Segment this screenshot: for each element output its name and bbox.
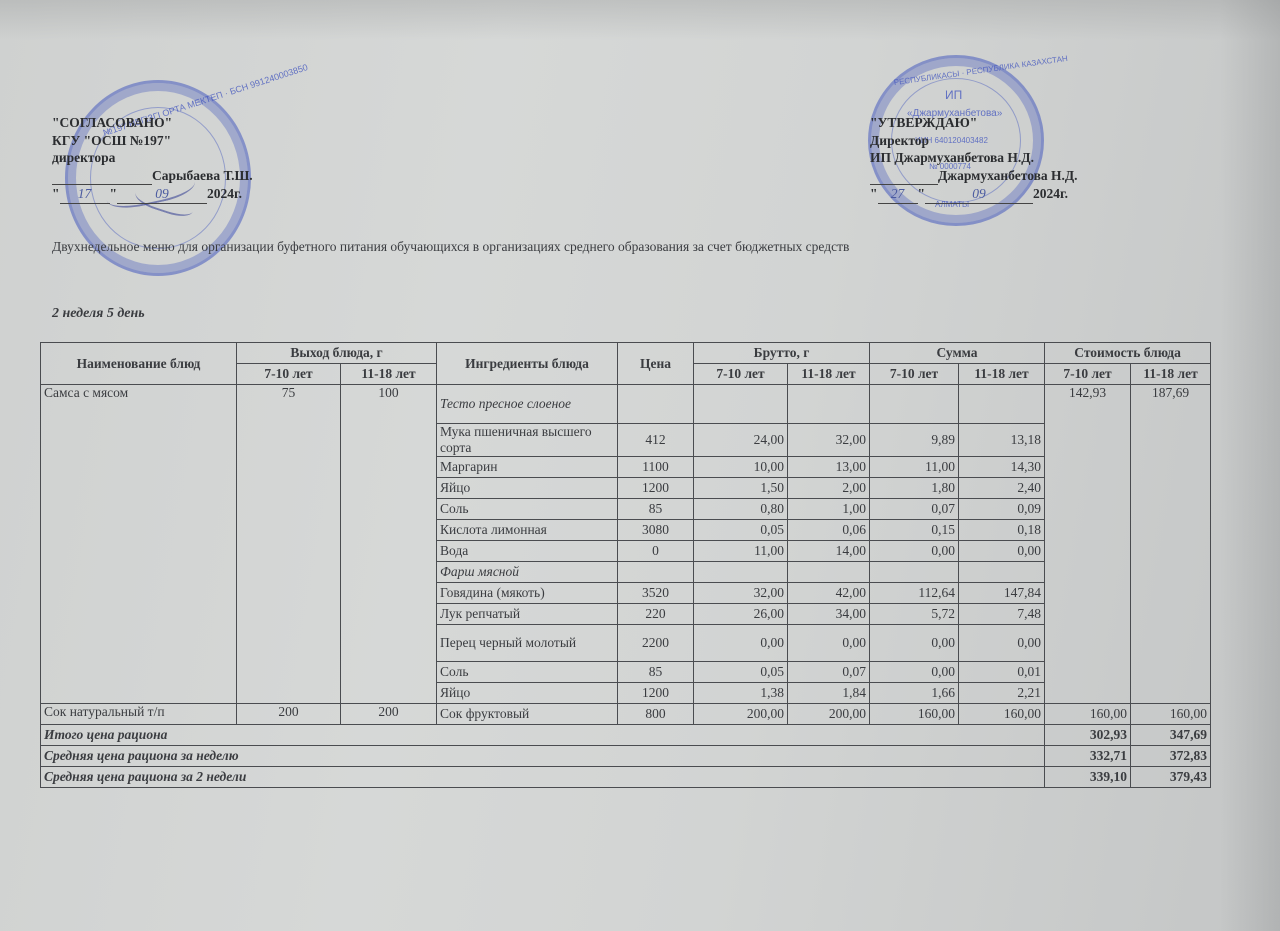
ingredient-price: 3080 xyxy=(618,520,694,541)
ingredient-name: Фарш мясной xyxy=(437,562,618,583)
ingredient-sum-old: 0,09 xyxy=(959,499,1045,520)
totals-label: Итого цена рациона xyxy=(41,725,1045,746)
approval-role: Директор xyxy=(870,132,1210,150)
header-dish-name: Наименование блюд xyxy=(41,343,237,385)
header-yield-old: 11-18 лет xyxy=(341,364,437,385)
ingredient-gross-old: 1,00 xyxy=(788,499,870,520)
ingredient-price: 1200 xyxy=(618,478,694,499)
ingredient-price: 1100 xyxy=(618,457,694,478)
totals-old: 379,43 xyxy=(1131,767,1211,788)
header-sum: Сумма xyxy=(870,343,1045,364)
approval-signer-line: Сарыбаева Т.Ш. xyxy=(52,167,382,186)
menu-table: Наименование блюд Выход блюда, г Ингреди… xyxy=(40,342,1211,788)
dish-name: Сок натуральный т/п xyxy=(41,704,237,725)
ingredient-sum-young: 0,00 xyxy=(870,625,959,662)
ingredient-name: Лук репчатый xyxy=(437,604,618,625)
approval-organization: ИП Джармуханбетова Н.Д. xyxy=(870,149,1210,167)
ingredient-sum-old: 7,48 xyxy=(959,604,1045,625)
table-row: Самса с мясом75100Тесто пресное слоеное1… xyxy=(41,385,1211,424)
approval-role: директора xyxy=(52,149,382,167)
ingredient-gross-old: 14,00 xyxy=(788,541,870,562)
ingredient-gross-young: 32,00 xyxy=(694,583,788,604)
ingredient-gross-young: 11,00 xyxy=(694,541,788,562)
ingredient-gross-old xyxy=(788,385,870,424)
ingredient-sum-old: 147,84 xyxy=(959,583,1045,604)
ingredient-gross-old: 34,00 xyxy=(788,604,870,625)
ingredient-gross-young: 0,00 xyxy=(694,625,788,662)
header-gross-young: 7-10 лет xyxy=(694,364,788,385)
date-quote: " xyxy=(52,186,60,201)
header-sum-young: 7-10 лет xyxy=(870,364,959,385)
totals-label: Средняя цена рациона за неделю xyxy=(41,746,1045,767)
approval-signer: Сарыбаева Т.Ш. xyxy=(152,168,253,183)
ingredient-name: Кислота лимонная xyxy=(437,520,618,541)
totals-row: Средняя цена рациона за 2 недели339,1037… xyxy=(41,767,1211,788)
ingredient-gross-old: 0,00 xyxy=(788,625,870,662)
ingredient-sum-old: 0,00 xyxy=(959,541,1045,562)
ingredient-price: 3520 xyxy=(618,583,694,604)
ingredient-price: 85 xyxy=(618,662,694,683)
approval-date: "27"092024г. xyxy=(870,185,1210,204)
approval-organization: КГУ "ОСШ №197" xyxy=(52,132,382,150)
page-shadow-right xyxy=(1220,0,1280,931)
date-quote: " xyxy=(918,186,926,201)
dish-yield-old: 100 xyxy=(341,385,437,704)
seal-text-ip: ИП xyxy=(945,88,962,102)
signature-blank xyxy=(52,167,152,186)
totals-old: 347,69 xyxy=(1131,725,1211,746)
dish-cost-old: 187,69 xyxy=(1131,385,1211,704)
ingredient-sum-young: 0,00 xyxy=(870,662,959,683)
header-cost-old: 11-18 лет xyxy=(1131,364,1211,385)
table-row: Сок натуральный т/п200200Сок фруктовый80… xyxy=(41,704,1211,725)
ingredient-name: Яйцо xyxy=(437,478,618,499)
totals-row: Средняя цена рациона за неделю332,71372,… xyxy=(41,746,1211,767)
approval-heading: "СОГЛАСОВАНО" xyxy=(52,114,382,132)
ingredient-sum-young: 9,89 xyxy=(870,424,959,457)
ingredient-gross-young: 24,00 xyxy=(694,424,788,457)
ingredient-gross-old: 200,00 xyxy=(788,704,870,725)
totals-label: Средняя цена рациона за 2 недели xyxy=(41,767,1045,788)
approval-signer: Джармуханбетова Н.Д. xyxy=(938,168,1078,183)
ingredient-name: Яйцо xyxy=(437,683,618,704)
ingredient-gross-old: 32,00 xyxy=(788,424,870,457)
date-quote: " xyxy=(870,186,878,201)
date-year: 2024г. xyxy=(1033,186,1068,201)
ingredient-gross-old: 42,00 xyxy=(788,583,870,604)
ingredient-gross-young xyxy=(694,562,788,583)
header-gross: Брутто, г xyxy=(694,343,870,364)
dish-yield-young: 75 xyxy=(237,385,341,704)
signature-blank xyxy=(870,167,938,186)
ingredient-sum-young: 0,15 xyxy=(870,520,959,541)
ingredient-price: 412 xyxy=(618,424,694,457)
ingredient-gross-old: 0,06 xyxy=(788,520,870,541)
ingredient-name: Соль xyxy=(437,499,618,520)
ingredient-gross-young: 200,00 xyxy=(694,704,788,725)
ingredient-price: 0 xyxy=(618,541,694,562)
totals-row: Итого цена рациона302,93347,69 xyxy=(41,725,1211,746)
table-body: Самса с мясом75100Тесто пресное слоеное1… xyxy=(41,385,1211,788)
ingredient-gross-young xyxy=(694,385,788,424)
ingredient-sum-young: 11,00 xyxy=(870,457,959,478)
ingredient-gross-young: 1,38 xyxy=(694,683,788,704)
approval-block-agreed: "СОГЛАСОВАНО" КГУ "ОСШ №197" директора С… xyxy=(52,114,382,204)
ingredient-sum-old: 0,00 xyxy=(959,625,1045,662)
date-month: 09 xyxy=(117,185,207,204)
dish-yield-old: 200 xyxy=(341,704,437,725)
ingredient-name: Вода xyxy=(437,541,618,562)
date-day: 27 xyxy=(878,185,918,204)
totals-old: 372,83 xyxy=(1131,746,1211,767)
ingredient-sum-old: 2,21 xyxy=(959,683,1045,704)
ingredient-sum-young: 0,00 xyxy=(870,541,959,562)
dish-cost-young: 160,00 xyxy=(1045,704,1131,725)
approval-block-approved: "УТВЕРЖДАЮ" Директор ИП Джармуханбетова … xyxy=(870,114,1210,204)
header-yield: Выход блюда, г xyxy=(237,343,437,364)
ingredient-sum-young: 112,64 xyxy=(870,583,959,604)
totals-young: 332,71 xyxy=(1045,746,1131,767)
ingredient-name: Соль xyxy=(437,662,618,683)
dish-yield-young: 200 xyxy=(237,704,341,725)
document-subtitle: Двухнедельное меню для организации буфет… xyxy=(52,239,849,255)
ingredient-sum-old: 160,00 xyxy=(959,704,1045,725)
date-day: 17 xyxy=(60,185,110,204)
ingredient-sum-young: 0,07 xyxy=(870,499,959,520)
ingredient-sum-young xyxy=(870,562,959,583)
ingredient-gross-young: 0,80 xyxy=(694,499,788,520)
week-day-label: 2 неделя 5 день xyxy=(52,306,145,322)
ingredient-gross-young: 10,00 xyxy=(694,457,788,478)
ingredient-sum-young: 5,72 xyxy=(870,604,959,625)
dish-cost-young: 142,93 xyxy=(1045,385,1131,704)
ingredient-name: Маргарин xyxy=(437,457,618,478)
ingredient-name: Мука пшеничная высшего сорта xyxy=(437,424,618,457)
ingredient-gross-old: 13,00 xyxy=(788,457,870,478)
totals-young: 302,93 xyxy=(1045,725,1131,746)
header-dish-cost: Стоимость блюда xyxy=(1045,343,1211,364)
ingredient-sum-old xyxy=(959,385,1045,424)
header-sum-old: 11-18 лет xyxy=(959,364,1045,385)
ingredient-sum-old: 0,01 xyxy=(959,662,1045,683)
ingredient-gross-old xyxy=(788,562,870,583)
approval-signer-line: Джармуханбетова Н.Д. xyxy=(870,167,1210,186)
ingredient-sum-old: 14,30 xyxy=(959,457,1045,478)
ingredient-sum-old: 0,18 xyxy=(959,520,1045,541)
ingredient-price: 85 xyxy=(618,499,694,520)
ingredient-gross-young: 0,05 xyxy=(694,662,788,683)
ingredient-name: Говядина (мякоть) xyxy=(437,583,618,604)
header-cost-young: 7-10 лет xyxy=(1045,364,1131,385)
approval-heading: "УТВЕРЖДАЮ" xyxy=(870,114,1210,132)
header-gross-old: 11-18 лет xyxy=(788,364,870,385)
ingredient-price xyxy=(618,562,694,583)
ingredient-name: Тесто пресное слоеное xyxy=(437,385,618,424)
ingredient-gross-old: 2,00 xyxy=(788,478,870,499)
ingredient-sum-young: 1,66 xyxy=(870,683,959,704)
approval-date: "17"092024г. xyxy=(52,185,382,204)
ingredient-name: Перец черный молотый xyxy=(437,625,618,662)
ingredient-sum-old xyxy=(959,562,1045,583)
ingredient-sum-old: 13,18 xyxy=(959,424,1045,457)
ingredient-gross-young: 1,50 xyxy=(694,478,788,499)
ingredient-sum-old: 2,40 xyxy=(959,478,1045,499)
header-ingredients: Ингредиенты блюда xyxy=(437,343,618,385)
ingredient-price: 1200 xyxy=(618,683,694,704)
ingredient-gross-old: 1,84 xyxy=(788,683,870,704)
ingredient-gross-old: 0,07 xyxy=(788,662,870,683)
ingredient-gross-young: 0,05 xyxy=(694,520,788,541)
ingredient-price: 2200 xyxy=(618,625,694,662)
dish-name: Самса с мясом xyxy=(41,385,237,704)
ingredient-gross-young: 26,00 xyxy=(694,604,788,625)
dish-cost-old: 160,00 xyxy=(1131,704,1211,725)
date-month: 09 xyxy=(925,185,1033,204)
header-price: Цена xyxy=(618,343,694,385)
ingredient-price xyxy=(618,385,694,424)
ingredient-price: 220 xyxy=(618,604,694,625)
ingredient-sum-young: 1,80 xyxy=(870,478,959,499)
ingredient-price: 800 xyxy=(618,704,694,725)
page-shadow-top xyxy=(0,0,1280,40)
ingredient-name: Сок фруктовый xyxy=(437,704,618,725)
ingredient-sum-young xyxy=(870,385,959,424)
ingredient-sum-young: 160,00 xyxy=(870,704,959,725)
date-year: 2024г. xyxy=(207,186,242,201)
totals-young: 339,10 xyxy=(1045,767,1131,788)
table-header: Наименование блюд Выход блюда, г Ингреди… xyxy=(41,343,1211,385)
header-yield-young: 7-10 лет xyxy=(237,364,341,385)
date-quote: " xyxy=(110,186,118,201)
